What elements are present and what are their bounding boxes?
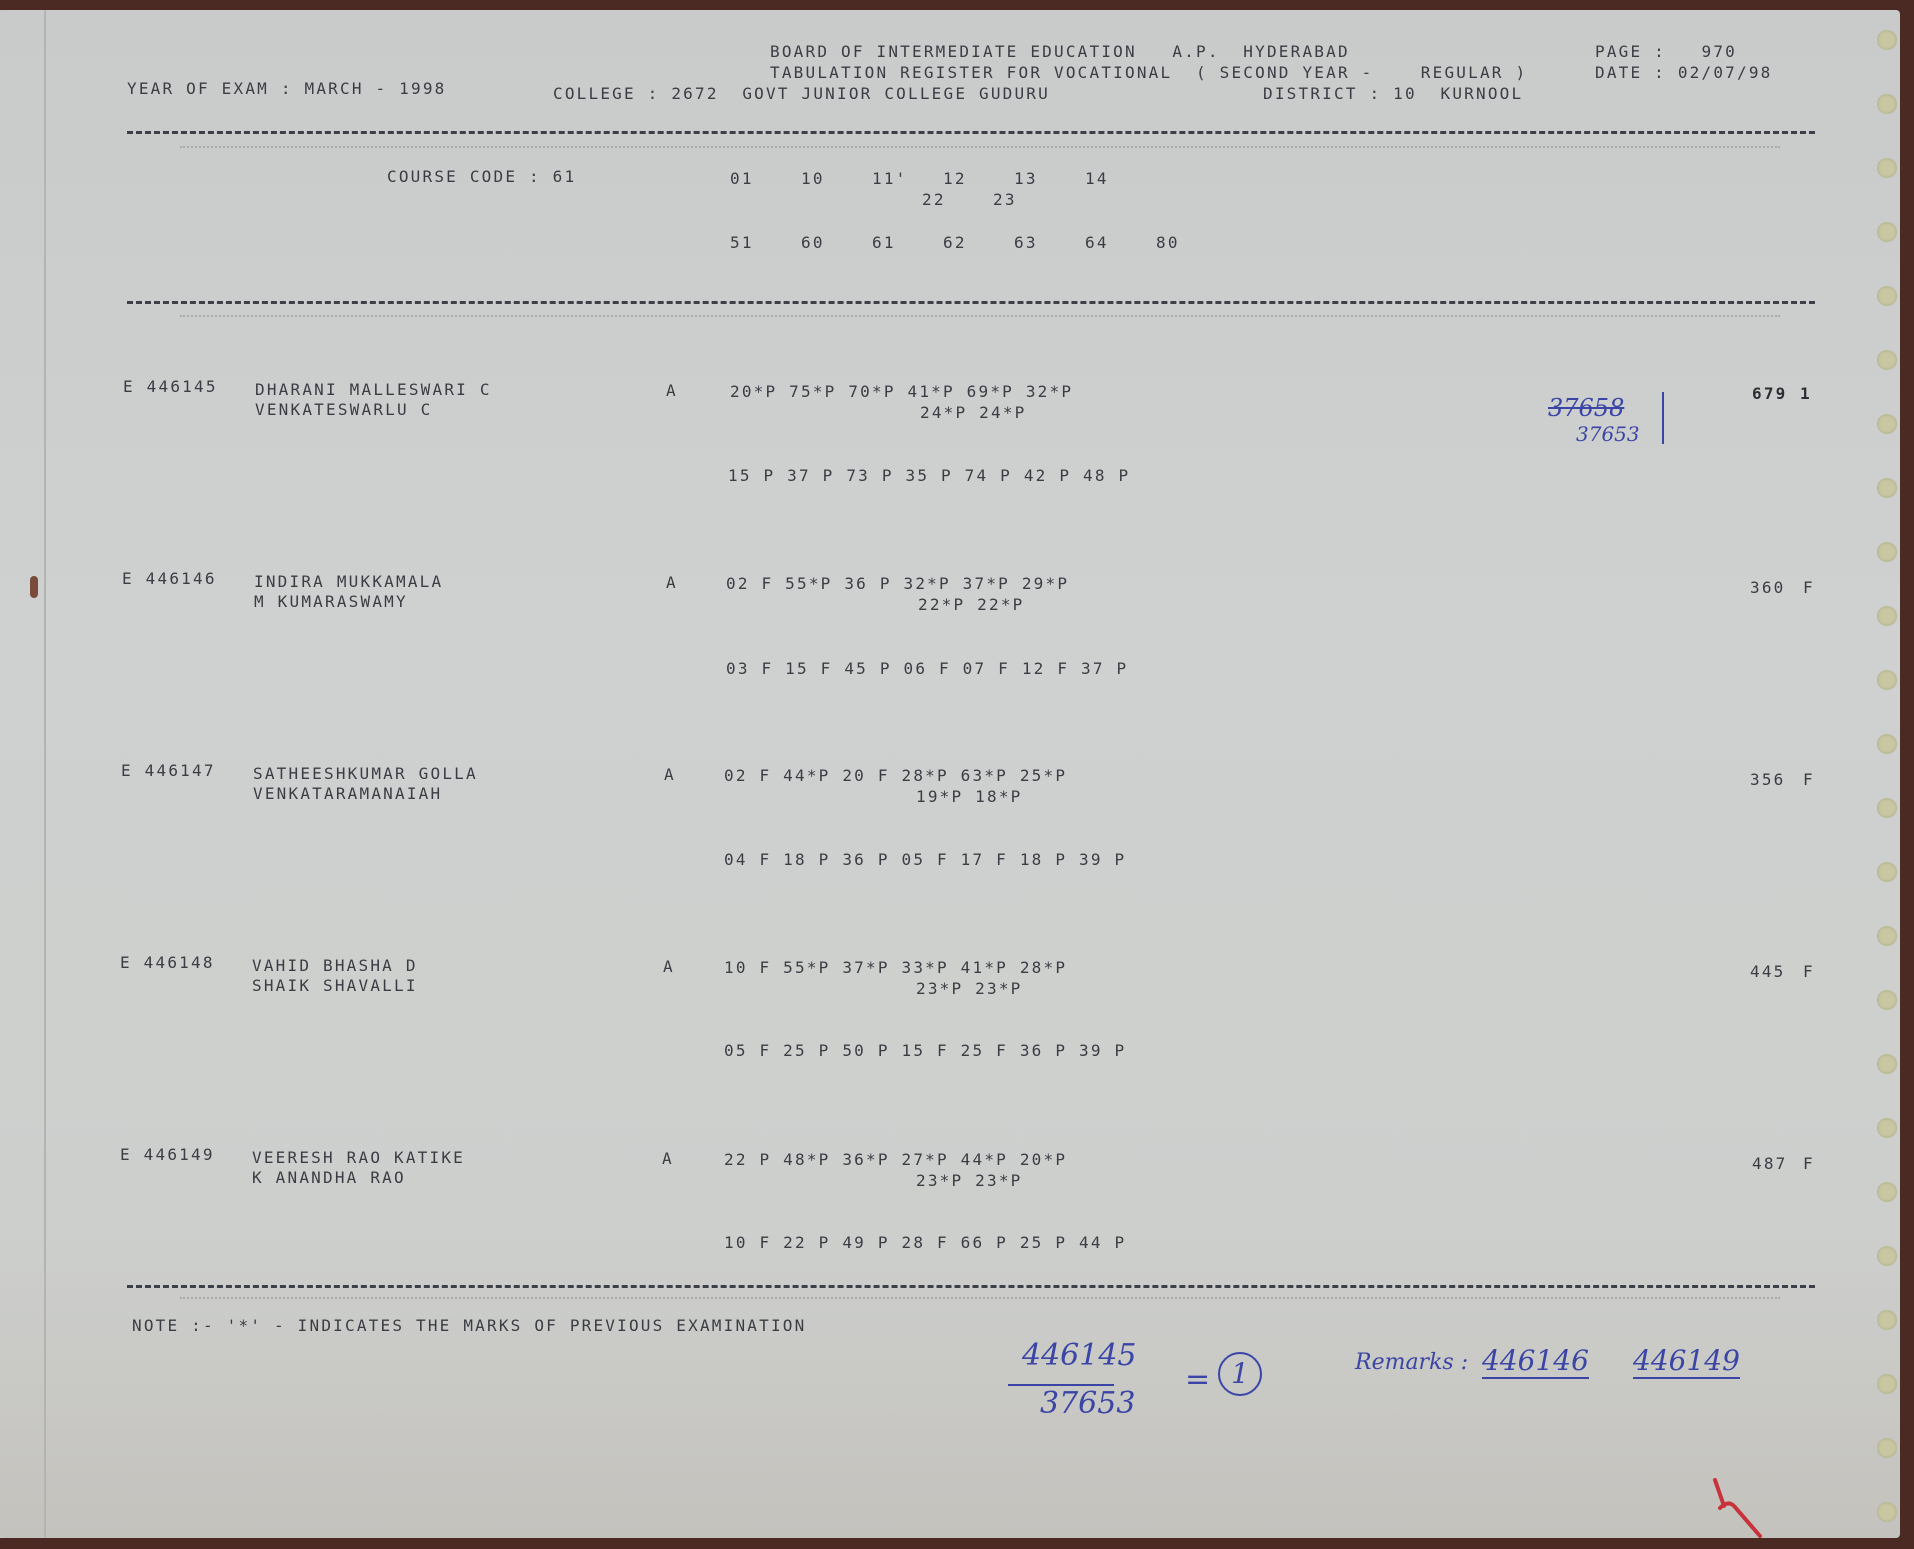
feed-hole bbox=[1877, 1054, 1897, 1074]
marks-part2: 15 P 37 P 73 P 35 P 74 P 42 P 48 P bbox=[728, 466, 1130, 485]
fraction-denominator: 37653 bbox=[1040, 1386, 1135, 1421]
marks-part1-sub: 24*P 24*P bbox=[920, 403, 1027, 422]
year-of-exam: YEAR OF EXAM : MARCH - 1998 bbox=[127, 79, 447, 98]
carbon-ghost-line bbox=[180, 1297, 1780, 1299]
print-date: DATE : 02/07/98 bbox=[1595, 63, 1773, 82]
divider-top bbox=[127, 131, 1815, 134]
binding-tear bbox=[30, 576, 38, 598]
pen-stroke bbox=[1662, 392, 1664, 444]
register-title: TABULATION REGISTER FOR VOCATIONAL ( SEC… bbox=[770, 63, 1527, 82]
result: 1 bbox=[1800, 384, 1812, 403]
feed-hole bbox=[1877, 1310, 1897, 1330]
feed-hole bbox=[1877, 1374, 1897, 1394]
marks-part2: 03 F 15 F 45 P 06 F 07 F 12 F 37 P bbox=[726, 659, 1128, 678]
marks-part1-sub: 23*P 23*P bbox=[916, 979, 1023, 998]
result: F bbox=[1803, 578, 1815, 597]
register-number: E 446146 bbox=[122, 569, 217, 588]
father-name: K ANANDHA RAO bbox=[252, 1168, 406, 1187]
marks-part1-sub: 22*P 22*P bbox=[918, 595, 1025, 614]
marks-part1: 02 F 44*P 20 F 28*P 63*P 25*P bbox=[724, 766, 1067, 785]
feed-hole bbox=[1877, 1182, 1897, 1202]
equals-sign: = bbox=[1185, 1362, 1210, 1397]
carbon-ghost-line bbox=[180, 315, 1780, 317]
marks-part2: 04 F 18 P 36 P 05 F 17 F 18 P 39 P bbox=[724, 850, 1126, 869]
remark-regno-1: 446146 bbox=[1482, 1344, 1589, 1379]
corrected-number: 37653 bbox=[1576, 422, 1640, 446]
result: F bbox=[1803, 1154, 1815, 1173]
carbon-ghost-line bbox=[180, 146, 1780, 148]
red-pen-mark bbox=[1710, 1478, 1780, 1538]
feed-hole bbox=[1877, 478, 1897, 498]
medium: A bbox=[664, 765, 676, 784]
feed-hole bbox=[1877, 286, 1897, 306]
college-info: COLLEGE : 2672 GOVT JUNIOR COLLEGE GUDUR… bbox=[553, 84, 1050, 103]
total-marks: 360 bbox=[1750, 578, 1786, 597]
total-marks: 487 bbox=[1752, 1154, 1788, 1173]
feed-hole bbox=[1877, 926, 1897, 946]
medium: A bbox=[663, 957, 675, 976]
page-fold bbox=[44, 10, 46, 1538]
subject-codes-row1-sub: 22 23 bbox=[922, 190, 1017, 209]
medium: A bbox=[666, 573, 678, 592]
student-name: DHARANI MALLESWARI C bbox=[255, 380, 492, 399]
feed-hole bbox=[1877, 1438, 1897, 1458]
feed-hole bbox=[1877, 798, 1897, 818]
struck-out-number: 37658 bbox=[1548, 394, 1624, 422]
medium: A bbox=[662, 1149, 674, 1168]
divider-bottom bbox=[127, 1285, 1815, 1288]
feed-hole bbox=[1877, 1246, 1897, 1266]
register-number: E 446145 bbox=[123, 377, 218, 396]
circled-count: 1 bbox=[1218, 1352, 1262, 1396]
marks-part2: 05 F 25 P 50 P 15 F 25 F 36 P 39 P bbox=[724, 1041, 1126, 1060]
student-name: SATHEESHKUMAR GOLLA bbox=[253, 764, 478, 783]
marks-part1: 02 F 55*P 36 P 32*P 37*P 29*P bbox=[726, 574, 1069, 593]
register-number: E 446149 bbox=[120, 1145, 215, 1164]
feed-hole bbox=[1877, 222, 1897, 242]
father-name: VENKATESWARLU C bbox=[255, 400, 433, 419]
student-name: VEERESH RAO KATIKE bbox=[252, 1148, 465, 1167]
remarks-label: Remarks : bbox=[1355, 1350, 1468, 1375]
feed-hole bbox=[1877, 862, 1897, 882]
feed-hole bbox=[1877, 1118, 1897, 1138]
remark-regno-2: 446149 bbox=[1633, 1344, 1740, 1379]
register-number: E 446148 bbox=[120, 953, 215, 972]
student-name: VAHID BHASHA D bbox=[252, 956, 418, 975]
marks-part2: 10 F 22 P 49 P 28 F 66 P 25 P 44 P bbox=[724, 1233, 1126, 1252]
father-name: VENKATARAMANAIAH bbox=[253, 784, 442, 803]
total-marks: 356 bbox=[1750, 770, 1786, 789]
student-name: INDIRA MUKKAMALA bbox=[254, 572, 443, 591]
subject-codes-row2: 51 60 61 62 63 64 80 bbox=[730, 233, 1180, 252]
feed-hole bbox=[1877, 30, 1897, 50]
marks-part1-sub: 23*P 23*P bbox=[916, 1171, 1023, 1190]
circled-number: 1 bbox=[1218, 1352, 1262, 1396]
marks-part1: 20*P 75*P 70*P 41*P 69*P 32*P bbox=[730, 382, 1073, 401]
feed-hole bbox=[1877, 414, 1897, 434]
feed-hole bbox=[1877, 734, 1897, 754]
marks-part1: 10 F 55*P 37*P 33*P 41*P 28*P bbox=[724, 958, 1067, 977]
register-number: E 446147 bbox=[121, 761, 216, 780]
course-code-label: COURSE CODE : 61 bbox=[387, 167, 576, 186]
divider-course bbox=[127, 301, 1815, 304]
marks-part1: 22 P 48*P 36*P 27*P 44*P 20*P bbox=[724, 1150, 1067, 1169]
total-marks: 679 bbox=[1752, 384, 1788, 403]
result: F bbox=[1803, 770, 1815, 789]
feed-hole bbox=[1877, 542, 1897, 562]
board-title: BOARD OF INTERMEDIATE EDUCATION A.P. HYD… bbox=[770, 42, 1350, 61]
footnote: NOTE :- '*' - INDICATES THE MARKS OF PRE… bbox=[132, 1316, 806, 1335]
result: F bbox=[1803, 962, 1815, 981]
feed-hole bbox=[1877, 670, 1897, 690]
feed-hole bbox=[1877, 990, 1897, 1010]
district-info: DISTRICT : 10 KURNOOL bbox=[1263, 84, 1523, 103]
feed-hole bbox=[1877, 1502, 1897, 1522]
fraction-numerator: 446145 bbox=[1022, 1338, 1137, 1373]
medium: A bbox=[666, 381, 678, 400]
total-marks: 445 bbox=[1750, 962, 1786, 981]
subject-codes-row1: 01 10 11' 12 13 14 bbox=[730, 169, 1109, 188]
father-name: M KUMARASWAMY bbox=[254, 592, 408, 611]
feed-hole bbox=[1877, 350, 1897, 370]
father-name: SHAIK SHAVALLI bbox=[252, 976, 418, 995]
marks-part1-sub: 19*P 18*P bbox=[916, 787, 1023, 806]
feed-hole bbox=[1877, 158, 1897, 178]
feed-hole bbox=[1877, 606, 1897, 626]
feed-hole bbox=[1877, 94, 1897, 114]
page-number: PAGE : 970 bbox=[1595, 42, 1737, 61]
